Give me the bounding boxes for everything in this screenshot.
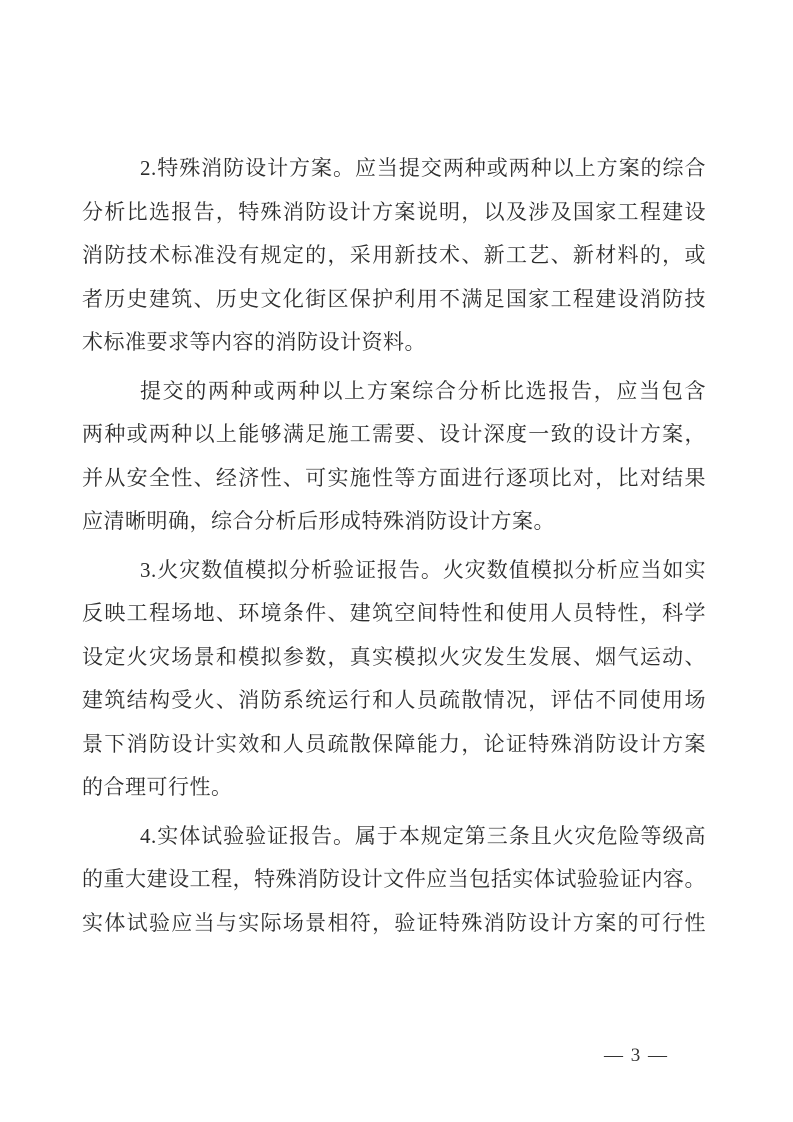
- text-line: 应清晰明确，综合分析后形成特殊消防设计方案。: [82, 500, 706, 544]
- page-footer: — 3 —: [0, 1045, 793, 1075]
- text-line: 消防技术标准没有规定的，采用新技术、新工艺、新材料的，或: [82, 234, 706, 278]
- text-line: 4.实体试验验证报告。属于本规定第三条且火灾危险等级高: [82, 815, 706, 859]
- text-line: 两种或两种以上能够满足施工需要、设计深度一致的设计方案，: [82, 413, 706, 457]
- text-line: 并从安全性、经济性、可实施性等方面进行逐项比对，比对结果: [82, 457, 706, 501]
- paragraph: 3.火灾数值模拟分析验证报告。火灾数值模拟分析应当如实反映工程场地、环境条件、建…: [82, 549, 706, 810]
- text-line: 的合理可行性。: [82, 766, 706, 810]
- paragraph: 4.实体试验验证报告。属于本规定第三条且火灾危险等级高的重大建设工程，特殊消防设…: [82, 815, 706, 946]
- paragraph: 2.特殊消防设计方案。应当提交两种或两种以上方案的综合分析比选报告，特殊消防设计…: [82, 147, 706, 365]
- text-line: 的重大建设工程，特殊消防设计文件应当包括实体试验验证内容。: [82, 858, 706, 902]
- text-line: 术标准要求等内容的消防设计资料。: [82, 321, 706, 365]
- text-line: 分析比选报告，特殊消防设计方案说明，以及涉及国家工程建设: [82, 191, 706, 235]
- text-line: 2.特殊消防设计方案。应当提交两种或两种以上方案的综合: [82, 147, 706, 191]
- text-line: 3.火灾数值模拟分析验证报告。火灾数值模拟分析应当如实: [82, 549, 706, 593]
- text-line: 实体试验应当与实际场景相符，验证特殊消防设计方案的可行性: [82, 902, 706, 946]
- page-number: — 3 —: [604, 1045, 669, 1067]
- text-line: 者历史建筑、历史文化街区保护利用不满足国家工程建设消防技: [82, 278, 706, 322]
- text-line: 反映工程场地、环境条件、建筑空间特性和使用人员特性，科学: [82, 592, 706, 636]
- text-line: 建筑结构受火、消防系统运行和人员疏散情况，评估不同使用场: [82, 679, 706, 723]
- text-line: 提交的两种或两种以上方案综合分析比选报告，应当包含: [82, 370, 706, 414]
- document-body: 2.特殊消防设计方案。应当提交两种或两种以上方案的综合分析比选报告，特殊消防设计…: [82, 147, 706, 945]
- document-page: 2.特殊消防设计方案。应当提交两种或两种以上方案的综合分析比选报告，特殊消防设计…: [0, 0, 793, 1122]
- text-line: 景下消防设计实效和人员疏散保障能力，论证特殊消防设计方案: [82, 723, 706, 767]
- paragraph: 提交的两种或两种以上方案综合分析比选报告，应当包含两种或两种以上能够满足施工需要…: [82, 370, 706, 544]
- text-line: 设定火灾场景和模拟参数，真实模拟火灾发生发展、烟气运动、: [82, 636, 706, 680]
